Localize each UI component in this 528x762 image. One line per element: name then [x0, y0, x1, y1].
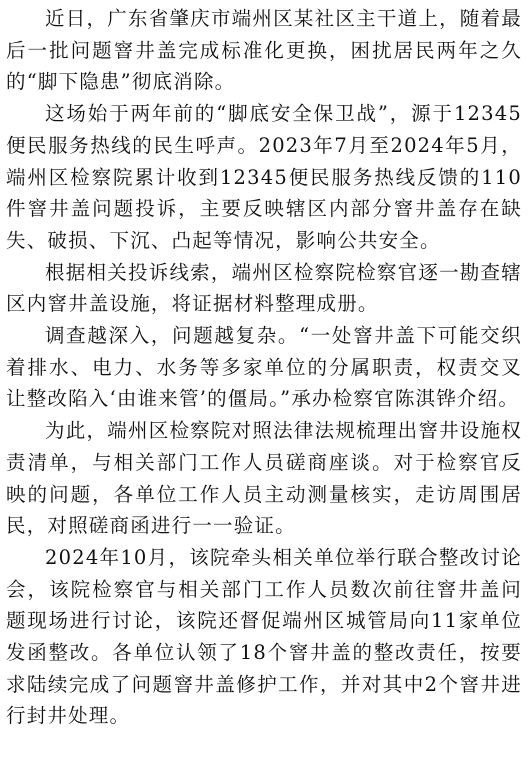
- paragraph-intro: 近日，广东省肇庆市端州区某社区主干道上，随着最后一批问题窨井盖完成标准化更换，困…: [6, 3, 522, 98]
- paragraph-investigation: 根据相关投诉线索，端州区检察院检察官逐一勘查辖区内窨井盖设施，将证据材料整理成册…: [6, 257, 522, 320]
- paragraph-complexity: 调查越深入，问题越复杂。“一处窨井盖下可能交织着排水、电力、水务等多家单位的分属…: [6, 320, 522, 415]
- paragraph-rectification: 2024年10月，该院牵头相关单位举行联合整改讨论会，该院检察官与相关部门工作人…: [6, 542, 522, 732]
- paragraph-origin: 这场始于两年前的“脚底安全保卫战”，源于12345便民服务热线的民生呼声。202…: [6, 98, 522, 257]
- article-body: 近日，广东省肇庆市端州区某社区主干道上，随着最后一批问题窨井盖完成标准化更换，困…: [0, 0, 528, 762]
- paragraph-responsibility-list: 为此，端州区检察院对照法律法规梳理出窨井设施权责清单，与相关部门工作人员磋商座谈…: [6, 415, 522, 542]
